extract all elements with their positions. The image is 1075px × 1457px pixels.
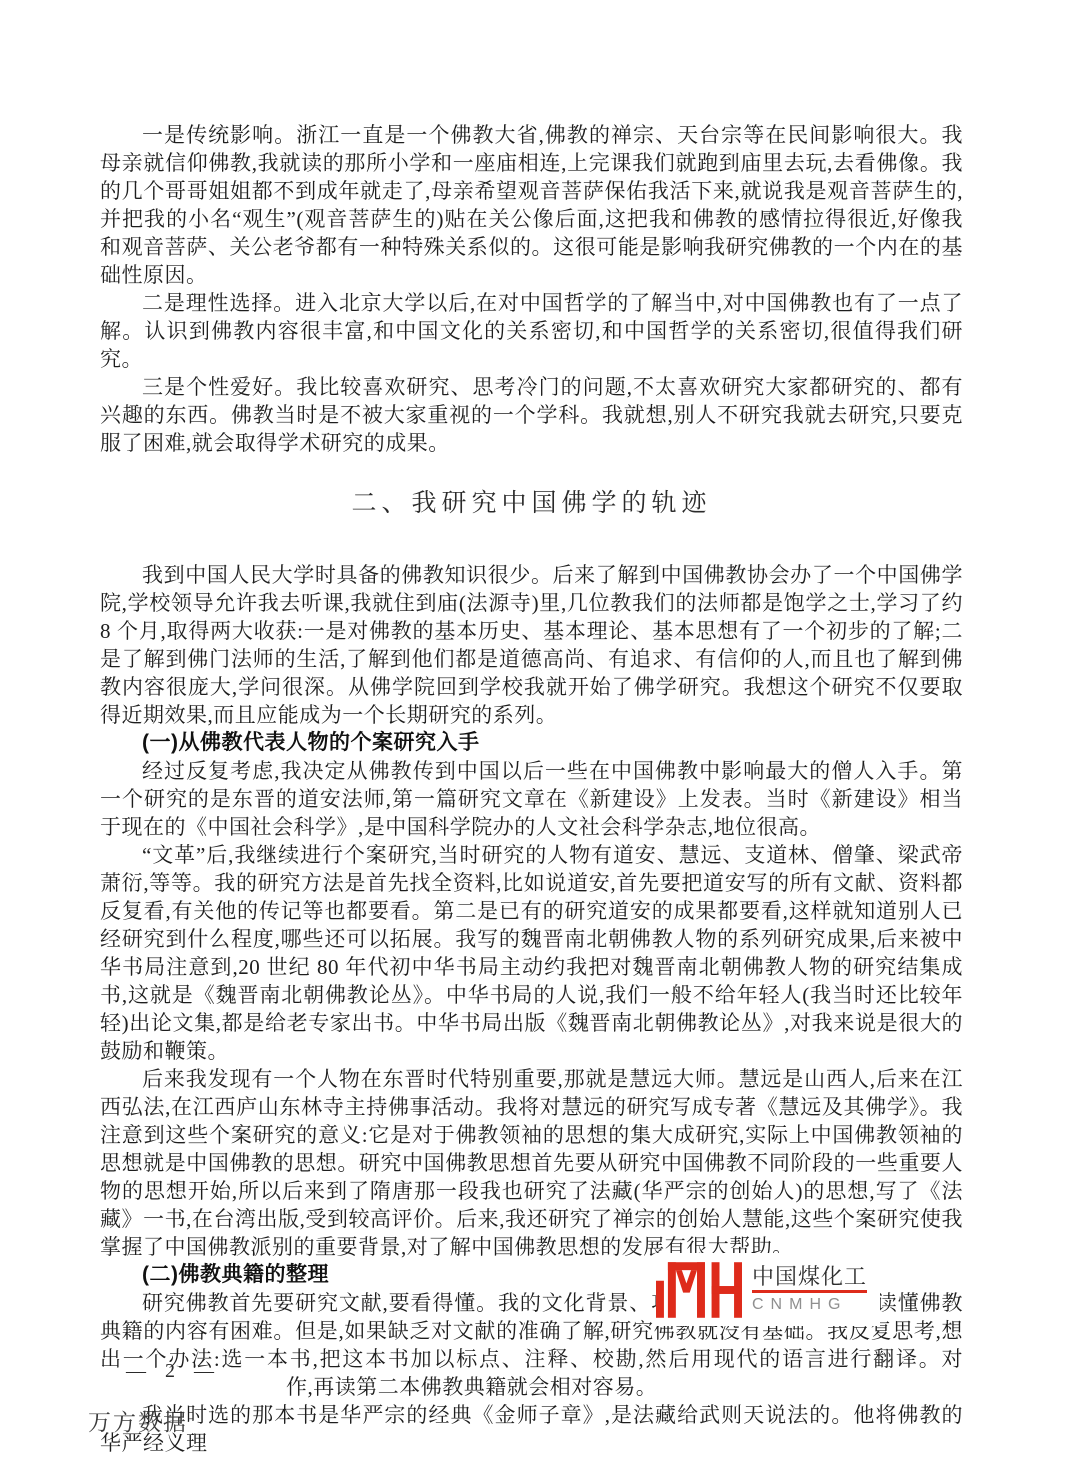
- watermark-underline: [752, 1290, 867, 1293]
- wanfang-data-mark: 万方数据: [88, 1404, 188, 1437]
- cnmhg-watermark: 中国煤化工 CNMHG: [656, 1253, 880, 1326]
- paragraph-text-after-gap: 作,再读第二本佛教典籍就会相对容易。: [286, 1375, 657, 1399]
- watermark-company-abbr: CNMHG: [752, 1296, 867, 1314]
- paragraph: 我当时选的那本书是华严宗的经典《金师子章》,是法藏给武则天说法的。他将佛教的华严…: [100, 1401, 963, 1457]
- page-number: — 2 —: [126, 1360, 215, 1383]
- paragraph: 我到中国人民大学时具备的佛教知识很少。后来了解到中国佛教协会办了一个中国佛学院,…: [100, 561, 963, 729]
- paragraph: 一是传统影响。浙江一直是一个佛教大省,佛教的禅宗、天台宗等在民间影响很大。我母亲…: [100, 121, 963, 289]
- watermark-text: 中国煤化工 CNMHG: [752, 1265, 867, 1314]
- watermark-covered-gap: [100, 1393, 286, 1394]
- watermark-company-name: 中国煤化工: [752, 1265, 867, 1289]
- paragraph: 经过反复考虑,我决定从佛教传到中国以后一些在中国佛教中影响最大的僧人入手。第一个…: [100, 757, 963, 841]
- paragraph: 三是个性爱好。我比较喜欢研究、思考冷门的问题,不太喜欢研究大家都研究的、都有兴趣…: [100, 373, 963, 457]
- cnmhg-logo-icon: [656, 1262, 742, 1318]
- subheading-case-studies: (一)从佛教代表人物的个案研究入手: [100, 729, 963, 757]
- section-heading: 二、我研究中国佛学的轨迹: [100, 487, 963, 521]
- paragraph: 二是理性选择。进入北京大学以后,在对中国哲学的了解当中,对中国佛教也有了一点了解…: [100, 289, 963, 373]
- paragraph: “文革”后,我继续进行个案研究,当时研究的人物有道安、慧远、支道林、僧肇、梁武帝…: [100, 841, 963, 1065]
- document-page: 一是传统影响。浙江一直是一个佛教大省,佛教的禅宗、天台宗等在民间影响很大。我母亲…: [0, 0, 1075, 1457]
- paragraph: 后来我发现有一个人物在东晋时代特别重要,那就是慧远大师。慧远是山西人,后来在江西…: [100, 1065, 963, 1261]
